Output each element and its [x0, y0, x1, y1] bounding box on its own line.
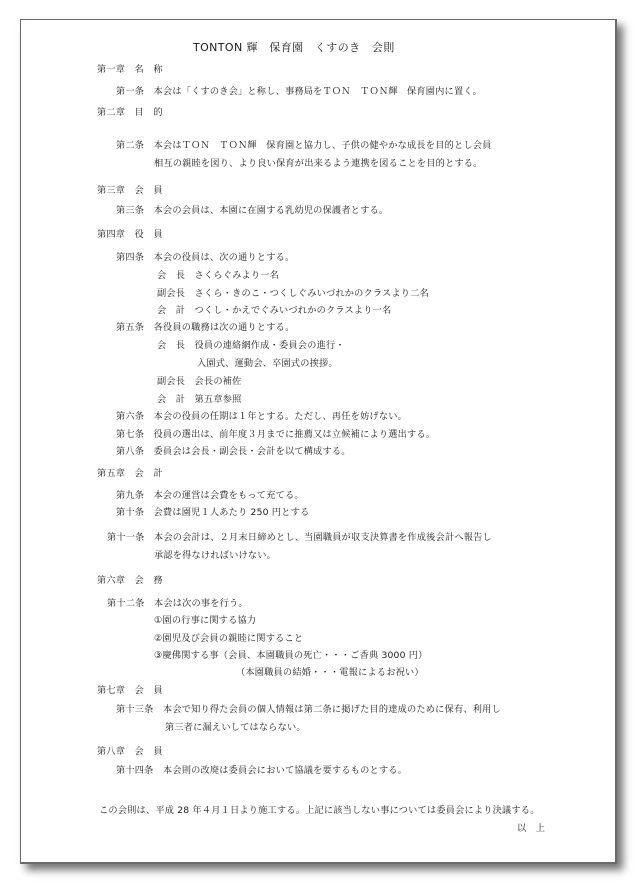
- article-text: （本園職員の結婚・・・電報によるお祝い）: [236, 667, 424, 679]
- article-text: 第三条 本会の会員は、本園に在園する乳幼児の保護者とする。: [116, 205, 388, 217]
- article-text: 第十一条 本会の会計は、２月末日締めとし、当園職員が収支決算書を作成後会計へ報告…: [107, 532, 492, 544]
- chapter-heading: 第八章 会 員: [97, 746, 163, 758]
- chapter-heading: 第六章 会 務: [97, 575, 163, 587]
- article-text: 第七条 役員の選出は、前年度３月までに推薦又は立候補により選出する。: [116, 429, 435, 441]
- article-text: 会 計 つくし・かえでぐみいづれかのクラスより一名: [157, 305, 391, 317]
- article-text: 入園式、運動会、卒園式の挨拶。: [197, 358, 338, 370]
- article-text: 第八条 委員会は会長・副会長・会計を以て構成する。: [116, 446, 351, 458]
- article-text: 相互の親睦を図り、より良い保育が出来るよう連携を図ることを目的とする。: [154, 158, 483, 170]
- article-text: 第十条 会費は園児１人あたり 250 円とする: [116, 507, 309, 519]
- article-text: 第九条 本会の運営は会費をもって充てる。: [116, 490, 304, 502]
- article-text: 副会長 さくら・きのこ・つくしぐみいづれかのクラスより二名: [157, 288, 429, 300]
- article-text: ③慶佛関する事（会員、本園職員の死亡・・・ご香典 3000 円）: [154, 650, 428, 662]
- article-text: 会 計 第五章参照: [157, 394, 242, 406]
- chapter-heading: 第七章 会 員: [97, 685, 163, 697]
- chapter-heading: 第四章 役 員: [97, 229, 163, 241]
- chapter-heading: 第三章 会 員: [97, 185, 163, 197]
- article-text: 第四条 本会の役員は、次の通りとする。: [116, 252, 294, 264]
- article-text: 第十三条 本会で知り得た会員の個人情報は第二条に掲げた目的達成のために保有、利用…: [116, 704, 501, 716]
- article-text: 第五条 各役員の職務は次の通りとする。: [116, 322, 294, 334]
- article-text: 第一条 本会は「くすのき会」と称し、事務局をＴＯＮ ＴＯＮ輝 保育園内に置く。: [116, 86, 482, 98]
- article-text: 会 長 さくらぐみより一名: [157, 270, 279, 282]
- article-text: ①園の行事に関する協力: [154, 615, 256, 627]
- article-text: 第三者に漏えいしてはならない。: [165, 722, 306, 734]
- article-text: ②園児及び会員の親睦に関すること: [154, 633, 303, 645]
- article-text: 第十四条 本会則の改廃は委員会において協議を要するものとする。: [116, 765, 407, 777]
- article-text: この会則は、平成 28 年４月１日より施工する。上記に該当しない事については委員…: [99, 805, 540, 817]
- article-text: 承認を得なければいけない。: [154, 550, 276, 562]
- article-text: 副会長 会長の補佐: [157, 376, 242, 388]
- chapter-heading: 第一章 名 称: [97, 64, 163, 76]
- article-text: 第二条 本会はＴＯＮ ＴＯＮ輝 保育園と協力し、子供の健やかな成長を目的とし会員: [116, 140, 492, 152]
- chapter-heading: 第二章 目 的: [97, 107, 163, 119]
- document-title: TONTON 輝 保育園 くすのき 会則: [193, 42, 395, 54]
- chapter-heading: 第五章 会 計: [97, 468, 163, 480]
- article-text: 会 長 役員の連絡網作成・委員会の進行・: [157, 340, 345, 352]
- article-text: 第六条 本会の役員の任期は１年とする。ただし、再任を妨げない。: [116, 411, 407, 423]
- article-text: 第十二条 本会は次の事を行う。: [107, 598, 248, 610]
- article-text: 以 上: [517, 823, 545, 835]
